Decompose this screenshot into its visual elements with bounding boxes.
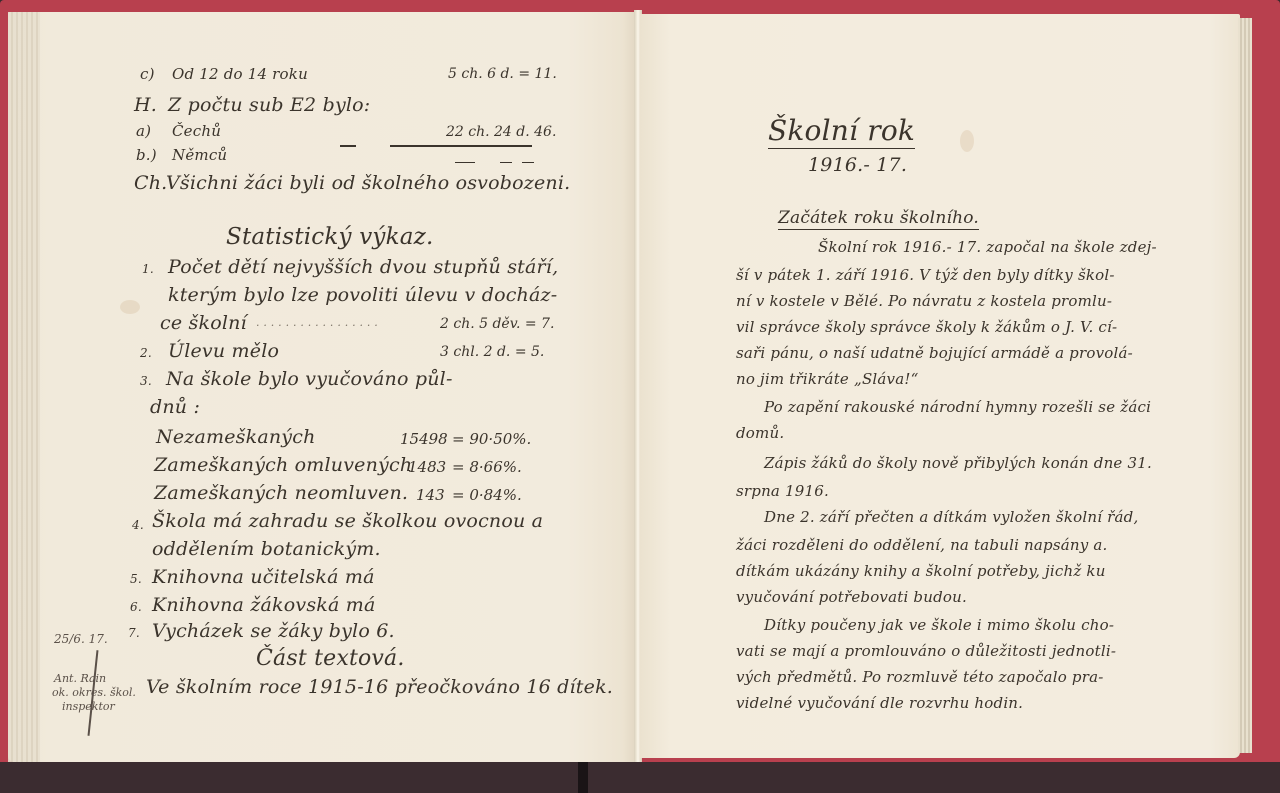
item-2-line-1: Úlevu mělo: [168, 340, 279, 362]
p1-line-2: ší v pátek 1. září 1916. V týž den byly …: [736, 266, 1115, 284]
item-4-num: 4.: [132, 518, 144, 532]
p1-line-1: Školní rok 1916.- 17. započal na škole z…: [818, 238, 1157, 256]
line-ch-label: Ch.: [134, 172, 167, 194]
item-2-value: 3 chl. 2 d. = 5.: [440, 344, 544, 360]
p1-line-5: saři pánu, o naší udatně bojující armádě…: [736, 344, 1133, 362]
p5-line-2: vati se mají a promlouváno o důležitosti…: [736, 642, 1116, 660]
line-a-label: a): [136, 122, 151, 140]
p2-line-2: domů.: [736, 424, 784, 442]
item-3-line-2: dnů :: [150, 396, 200, 418]
attendance-count-excused: 1483: [408, 458, 446, 476]
line-ch-text: Všichni žáci byli od školného osvobozeni…: [166, 172, 570, 194]
attendance-label-excused: Zameškaných omluvených: [154, 454, 412, 476]
item-1-num: 1.: [142, 262, 154, 276]
attendance-percent-unexcused: = 0·84%.: [452, 486, 522, 504]
p1-line-4: vil správce školy správce školy k žákům …: [736, 318, 1117, 336]
p5-line-4: videlné vyučování dle rozvrhu hodin.: [736, 694, 1023, 712]
line-h-text: Z počtu sub E2 bylo:: [168, 94, 370, 116]
item-1-line-3: ce školní: [160, 312, 247, 334]
item-5-num: 5.: [130, 572, 142, 586]
p1-line-6: no jim třikráte „Sláva!“: [736, 370, 918, 388]
p2-line-1: Po zapění rakouské národní hymny rozešli…: [764, 398, 1151, 416]
signature-line-1: Ant. Rain: [54, 672, 106, 685]
part-title-text: Část textová.: [256, 646, 405, 671]
item-3-line-1: Na škole bylo vyučováno půl-: [166, 368, 453, 390]
item-4-line-2: oddělením botanickým.: [152, 538, 381, 560]
line-b-label: b.): [136, 146, 157, 164]
item-7-line-1: Vycházek se žáky bylo 6.: [152, 620, 395, 642]
p4-line-3: dítkám ukázány knihy a školní potřeby, j…: [736, 562, 1106, 580]
line-b-text: Němců: [172, 146, 227, 164]
p5-line-1: Dítky poučeny jak ve škole i mimo školu …: [764, 616, 1114, 634]
signature-line-3: inspektor: [62, 700, 115, 713]
line-a-value: 22 ch. 24 d. 46.: [446, 124, 556, 140]
paper-stain: [960, 130, 974, 152]
right-year: 1916.- 17.: [808, 154, 907, 176]
item-6-num: 6.: [130, 600, 142, 614]
line-a-text: Čechů: [172, 122, 221, 140]
item-6-line-1: Knihovna žákovská má: [152, 594, 376, 616]
attendance-count-unmissed: 15498: [400, 430, 448, 448]
paper-stain: [120, 300, 140, 314]
dash-mark: [455, 162, 475, 163]
separator-dash: [340, 145, 356, 147]
dash-mark: [522, 162, 534, 163]
item-3-num: 3.: [140, 374, 152, 388]
dash-mark: [500, 162, 512, 163]
item-2-num: 2.: [140, 346, 152, 360]
p3-line-2: srpna 1916.: [736, 482, 829, 500]
table-surface: [0, 762, 1280, 793]
attendance-count-unexcused: 143: [416, 486, 445, 504]
p5-line-3: vých předmětů. Po rozmluvě této započalo…: [736, 668, 1103, 686]
item-1-dots: . . . . . . . . . . . . . . . . .: [256, 316, 378, 329]
attendance-percent-excused: = 8·66%.: [452, 458, 522, 476]
item-1-line-2: kterým bylo lze povoliti úlevu v docház-: [168, 284, 557, 306]
line-c-label: c): [140, 65, 155, 83]
right-subtitle: Začátek roku školního.: [778, 208, 979, 230]
attendance-label-unmissed: Nezameškaných: [156, 426, 316, 448]
item-1-value: 2 ch. 5 děv. = 7.: [440, 316, 554, 332]
right-title: Školní rok: [768, 114, 915, 149]
item-1-line-1: Počet dětí nejvyšších dvou stupňů stáří,: [168, 256, 558, 278]
p4-line-4: vyučování potřebovati budou.: [736, 588, 967, 606]
attendance-percent-unmissed: = 90·50%.: [452, 430, 531, 448]
item-4-line-1: Škola má zahradu se školkou ovocnou a: [152, 510, 543, 532]
section-title-statistics: Statistický výkaz.: [226, 224, 434, 250]
p1-line-3: ní v kostele v Bělé. Po návratu z kostel…: [736, 292, 1112, 310]
item-5-line-1: Knihovna učitelská má: [152, 566, 375, 588]
closing-line: Ve školním roce 1915-16 přeočkováno 16 d…: [146, 676, 613, 698]
p4-line-2: žáci rozděleni do oddělení, na tabuli na…: [736, 536, 1108, 554]
left-page-edges: [8, 12, 40, 762]
right-page-edges: [1238, 18, 1252, 753]
p3-line-1: Zápis žáků do školy nově přibylých konán…: [764, 454, 1152, 472]
separator-line: [390, 145, 532, 147]
item-7-num: 7.: [128, 626, 140, 640]
line-c-value: 5 ch. 6 d. = 11.: [448, 66, 557, 82]
line-c-text: Od 12 do 14 roku: [172, 65, 308, 83]
margin-date: 25/6. 17.: [54, 632, 108, 646]
line-h-label: H.: [134, 94, 157, 116]
p4-line-1: Dne 2. září přečten a dítkám vyložen ško…: [764, 508, 1138, 526]
attendance-label-unexcused: Zameškaných neomluven.: [154, 482, 408, 504]
